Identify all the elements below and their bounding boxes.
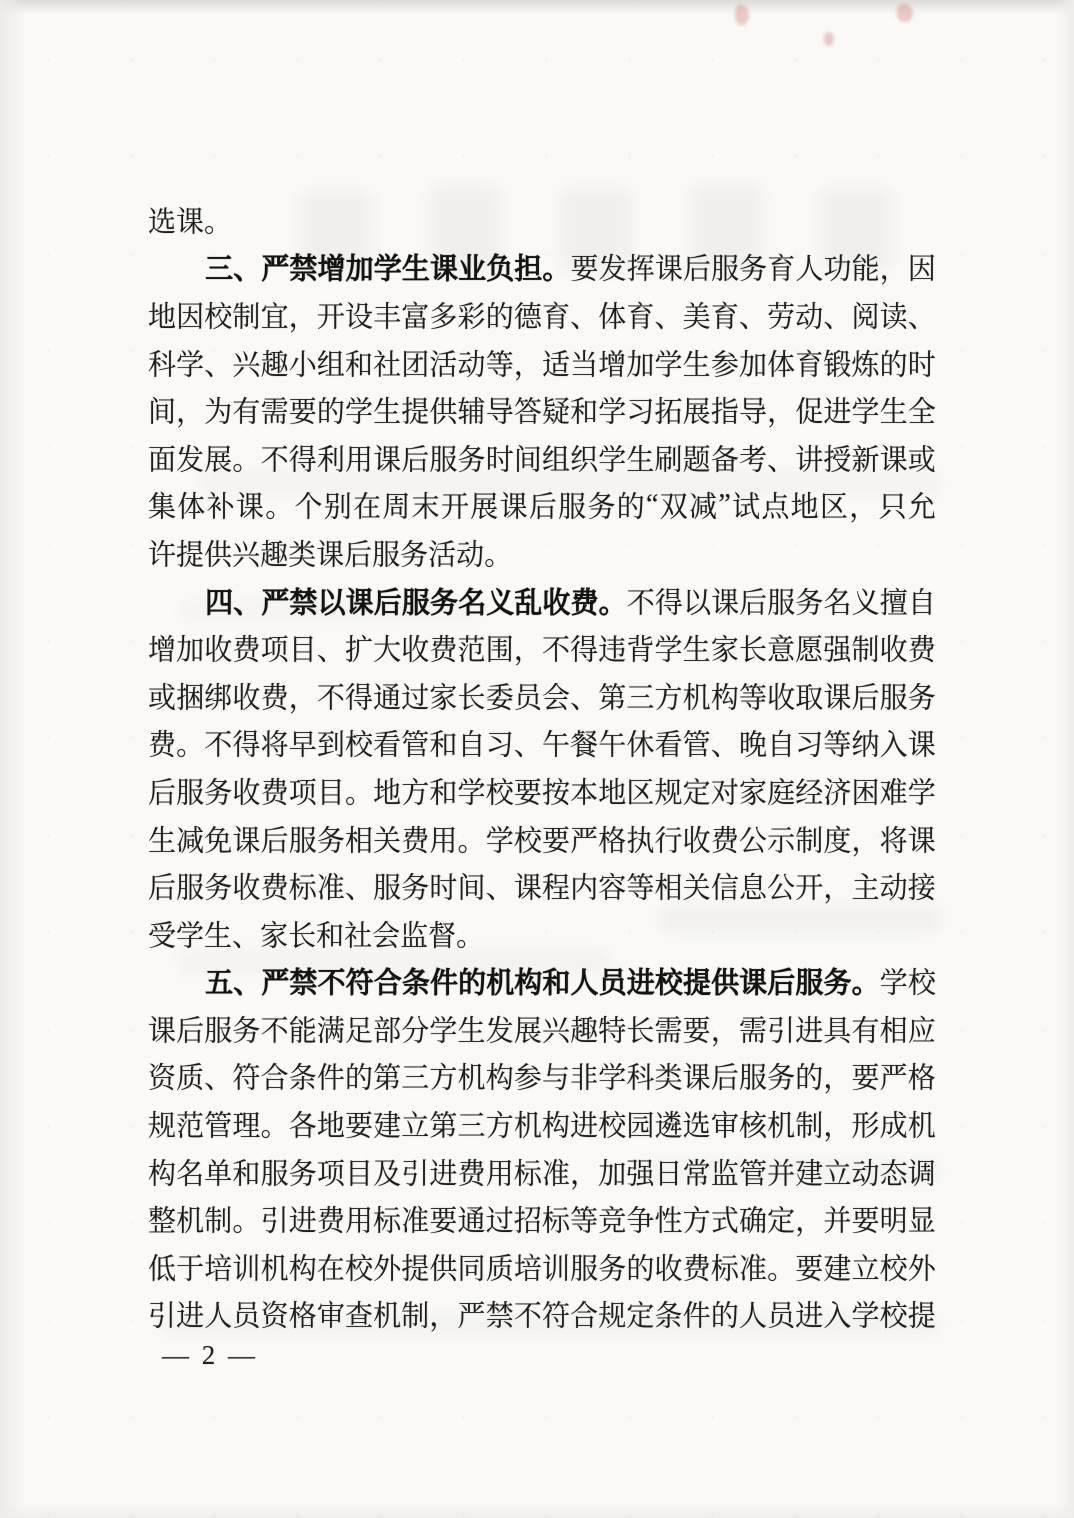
text-line: 三、严禁增加学生课业负担。要发挥课后服务育人功能，因 — [148, 244, 936, 292]
text-line: 资质、符合条件的第三方机构参与非学科类课后服务的，要严格 — [148, 1053, 936, 1101]
text-line: 间，为有需要的学生提供辅导答疑和学习拓展指导，促进学生全 — [148, 386, 936, 434]
text-line: 地因校制宜，开设丰富多彩的德育、体育、美育、劳动、阅读、 — [148, 291, 936, 339]
text-line: 构名单和服务项目及引进费用标准，加强日常监管并建立动态调 — [148, 1148, 936, 1196]
text-line: 选课。 — [148, 196, 936, 244]
text-line: 后服务收费标准、服务时间、课程内容等相关信息公开，主动接 — [148, 862, 936, 910]
scan-edge-bottom — [0, 1504, 1074, 1518]
text-line: 生减免课后服务相关费用。学校要严格执行收费公示制度，将课 — [148, 815, 936, 863]
text-line: 整机制。引进费用标准要通过招标等竞争性方式确定，并要明显 — [148, 1195, 936, 1243]
text-line: 规范管理。各地要建立第三方机构进校园遴选审核机制，形成机 — [148, 1100, 936, 1148]
page-number: — 2 — — [162, 1340, 258, 1371]
scan-edge-left — [0, 0, 26, 1518]
text-line: 费。不得将早到校看管和自习、午餐午休看管、晚自习等纳入课 — [148, 720, 936, 768]
text-line: 后服务收费项目。地方和学校要按本地区规定对家庭经济困难学 — [148, 767, 936, 815]
text-line: 面发展。不得利用课后服务时间组织学生刷题备考、讲授新课或 — [148, 434, 936, 482]
text-line: 受学生、家长和社会监督。 — [148, 910, 936, 958]
scan-edge-top — [0, 0, 1074, 16]
document-body: 选课。三、严禁增加学生课业负担。要发挥课后服务育人功能，因地因校制宜，开设丰富多… — [148, 196, 936, 1338]
text-line: 低于培训机构在校外提供同质培训服务的收费标准。要建立校外 — [148, 1243, 936, 1291]
text-line: 科学、兴趣小组和社团活动等，适当增加学生参加体育锻炼的时 — [148, 339, 936, 387]
text-line: 四、严禁以课后服务名义乱收费。不得以课后服务名义擅自 — [148, 577, 936, 625]
scan-edge-right — [1056, 0, 1074, 1518]
text-line: 课后服务不能满足部分学生发展兴趣特长需要，需引进具有相应 — [148, 1005, 936, 1053]
text-line: 许提供兴趣类课后服务活动。 — [148, 529, 936, 577]
text-line: 引进人员资格审查机制，严禁不符合规定条件的人员进入学校提 — [148, 1291, 936, 1339]
text-line: 集体补课。个别在周末开展课后服务的“双减”试点地区，只允 — [148, 482, 936, 530]
text-line: 或捆绑收费，不得通过家长委员会、第三方机构等收取课后服务 — [148, 672, 936, 720]
text-line: 五、严禁不符合条件的机构和人员进校提供课后服务。学校 — [148, 958, 936, 1006]
text-line: 增加收费项目、扩大收费范围，不得违背学生家长意愿强制收费 — [148, 624, 936, 672]
scanned-page: 选课。三、严禁增加学生课业负担。要发挥课后服务育人功能，因地因校制宜，开设丰富多… — [0, 0, 1074, 1518]
red-ink-speck — [824, 32, 834, 46]
